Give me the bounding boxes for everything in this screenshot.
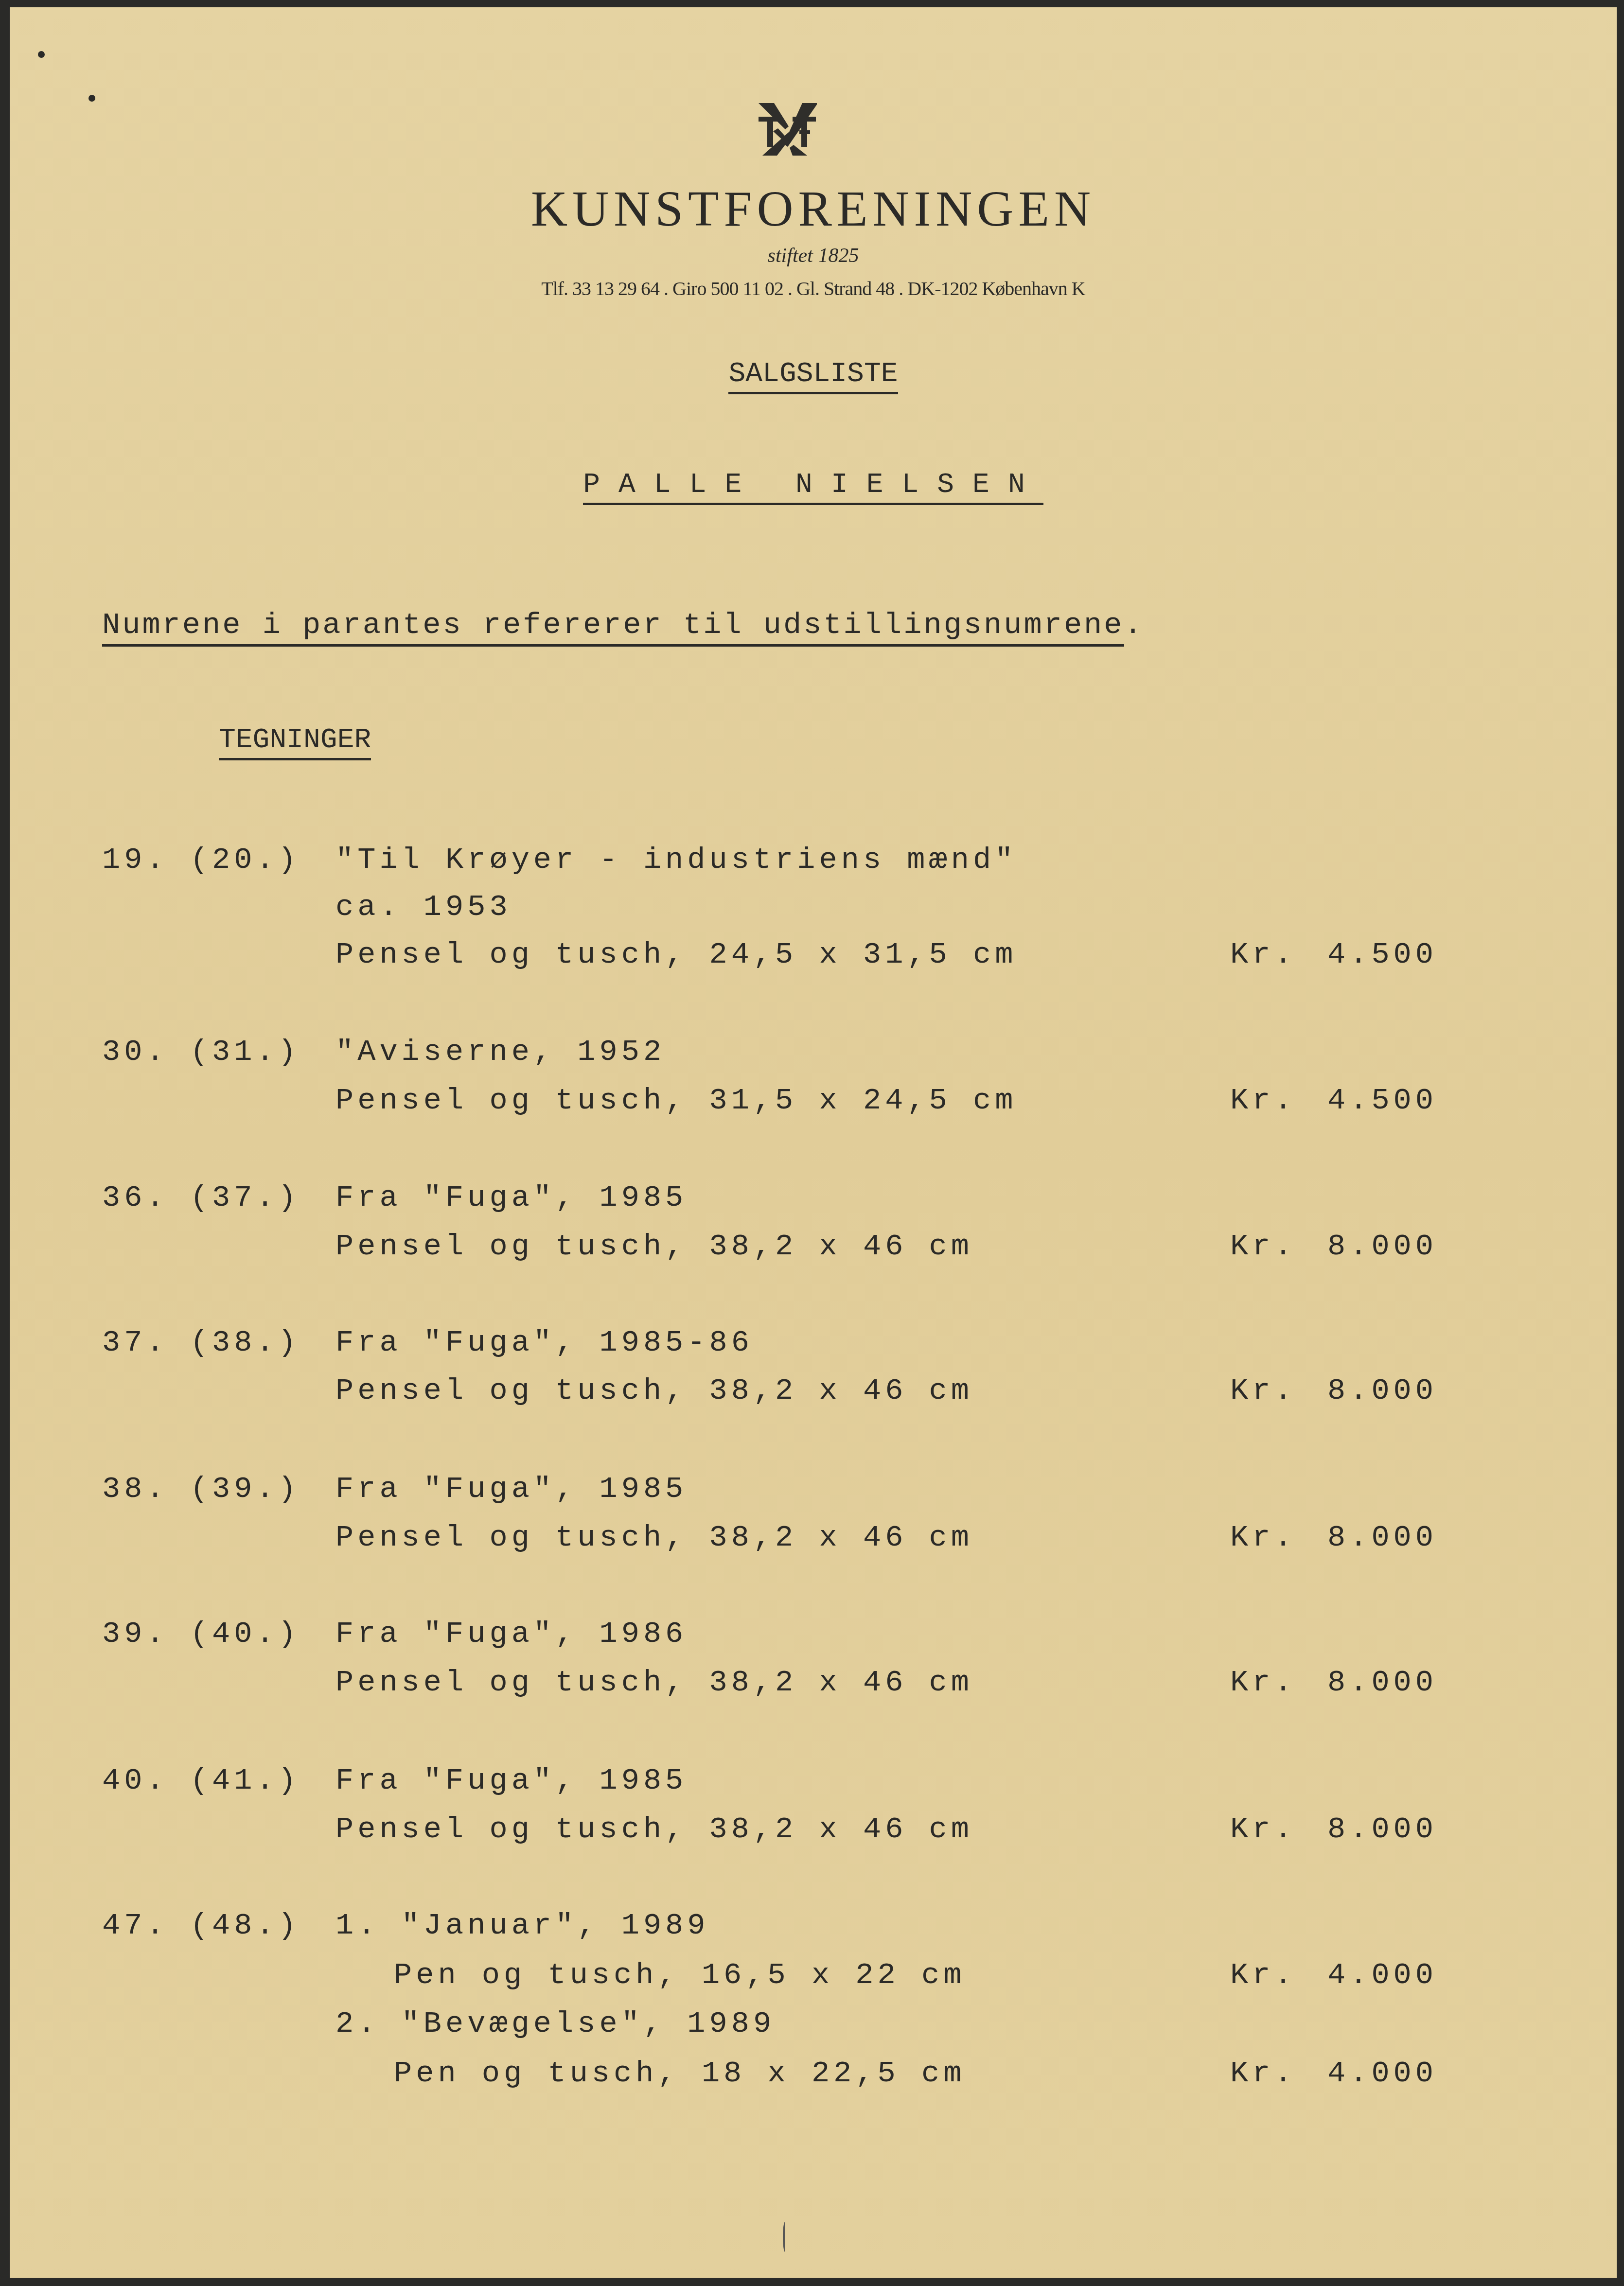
item-title: Fra "Fuga", 1986 [335,1617,687,1651]
currency: Kr. [1230,1665,1296,1700]
item-number: 38. (39.) [102,1472,300,1506]
sub-item-title: 1. "Januar", 1989 [335,1908,709,1943]
item-price: 4.500 [1327,1083,1437,1118]
contact-line: Tlf. 33 13 29 64 . Giro 500 11 02 . Gl. … [10,277,1617,300]
sub-item-medium: Pen og tusch, 18 x 22,5 cm [394,2056,965,2091]
item-number: 37. (38.) [102,1325,300,1360]
item-medium: Pensel og tusch, 38,2 x 46 cm [335,1373,973,1408]
note-text: Numrene i parantes refererer til udstill… [102,608,1144,642]
item-price: 4.000 [1327,1958,1437,1992]
currency: Kr. [1230,1373,1296,1408]
item-medium: Pensel og tusch, 38,2 x 46 cm [335,1229,973,1264]
currency: Kr. [1230,1083,1296,1118]
sub-item-title: 2. "Bevægelse", 1989 [335,2006,775,2041]
item-number: 19. (20.) [102,843,300,877]
currency: Kr. [1230,937,1296,972]
item-price: 8.000 [1327,1229,1437,1264]
item-date: ca. 1953 [335,890,512,924]
currency: Kr. [1230,1958,1296,1992]
sub-item-medium: Pen og tusch, 16,5 x 22 cm [394,1958,965,1992]
item-number: 36. (37.) [102,1180,300,1215]
item-number: 39. (40.) [102,1617,300,1651]
item-title: Fra "Fuga", 1985 [335,1763,687,1798]
item-medium: Pensel og tusch, 38,2 x 46 cm [335,1812,973,1846]
item-title: Fra "Fuga", 1985 [335,1180,687,1215]
item-title: Fra "Fuga", 1985-86 [335,1325,753,1360]
org-name: KUNSTFORENINGEN [10,180,1617,238]
item-price: 8.000 [1327,1373,1437,1408]
item-price: 4.000 [1327,2056,1437,2091]
section-heading: TEGNINGER [219,724,371,760]
founded-text: stiftet 1825 [10,244,1617,267]
item-price: 8.000 [1327,1520,1437,1555]
item-price: 4.500 [1327,937,1437,972]
item-price: 8.000 [1327,1812,1437,1846]
item-title: "Til Krøyer - industriens mænd" [335,843,1017,877]
item-number: 30. (31.) [102,1035,300,1069]
currency: Kr. [1230,1520,1296,1555]
item-number: 47. (48.) [102,1908,300,1943]
kf-monogram-icon [759,97,817,160]
punch-hole [38,51,45,58]
currency: Kr. [1230,1812,1296,1846]
item-title: Fra "Fuga", 1985 [335,1472,687,1506]
item-medium: Pensel og tusch, 31,5 x 24,5 cm [335,1083,1017,1118]
pencil-mark [783,2222,787,2252]
currency: Kr. [1230,1229,1296,1264]
item-medium: Pensel og tusch, 38,2 x 46 cm [335,1665,973,1700]
punch-hole [88,95,95,102]
item-medium: Pensel og tusch, 38,2 x 46 cm [335,1520,973,1555]
currency: Kr. [1230,2056,1296,2091]
item-title: "Aviserne, 1952 [335,1035,665,1069]
artist-name: PALLE NIELSEN [10,469,1617,501]
item-number: 40. (41.) [102,1763,300,1798]
document-page: KUNSTFORENINGEN stiftet 1825 Tlf. 33 13 … [10,7,1617,2278]
item-price: 8.000 [1327,1665,1437,1700]
item-medium: Pensel og tusch, 24,5 x 31,5 cm [335,937,1017,972]
document-title: SALGSLISTE [10,358,1617,390]
